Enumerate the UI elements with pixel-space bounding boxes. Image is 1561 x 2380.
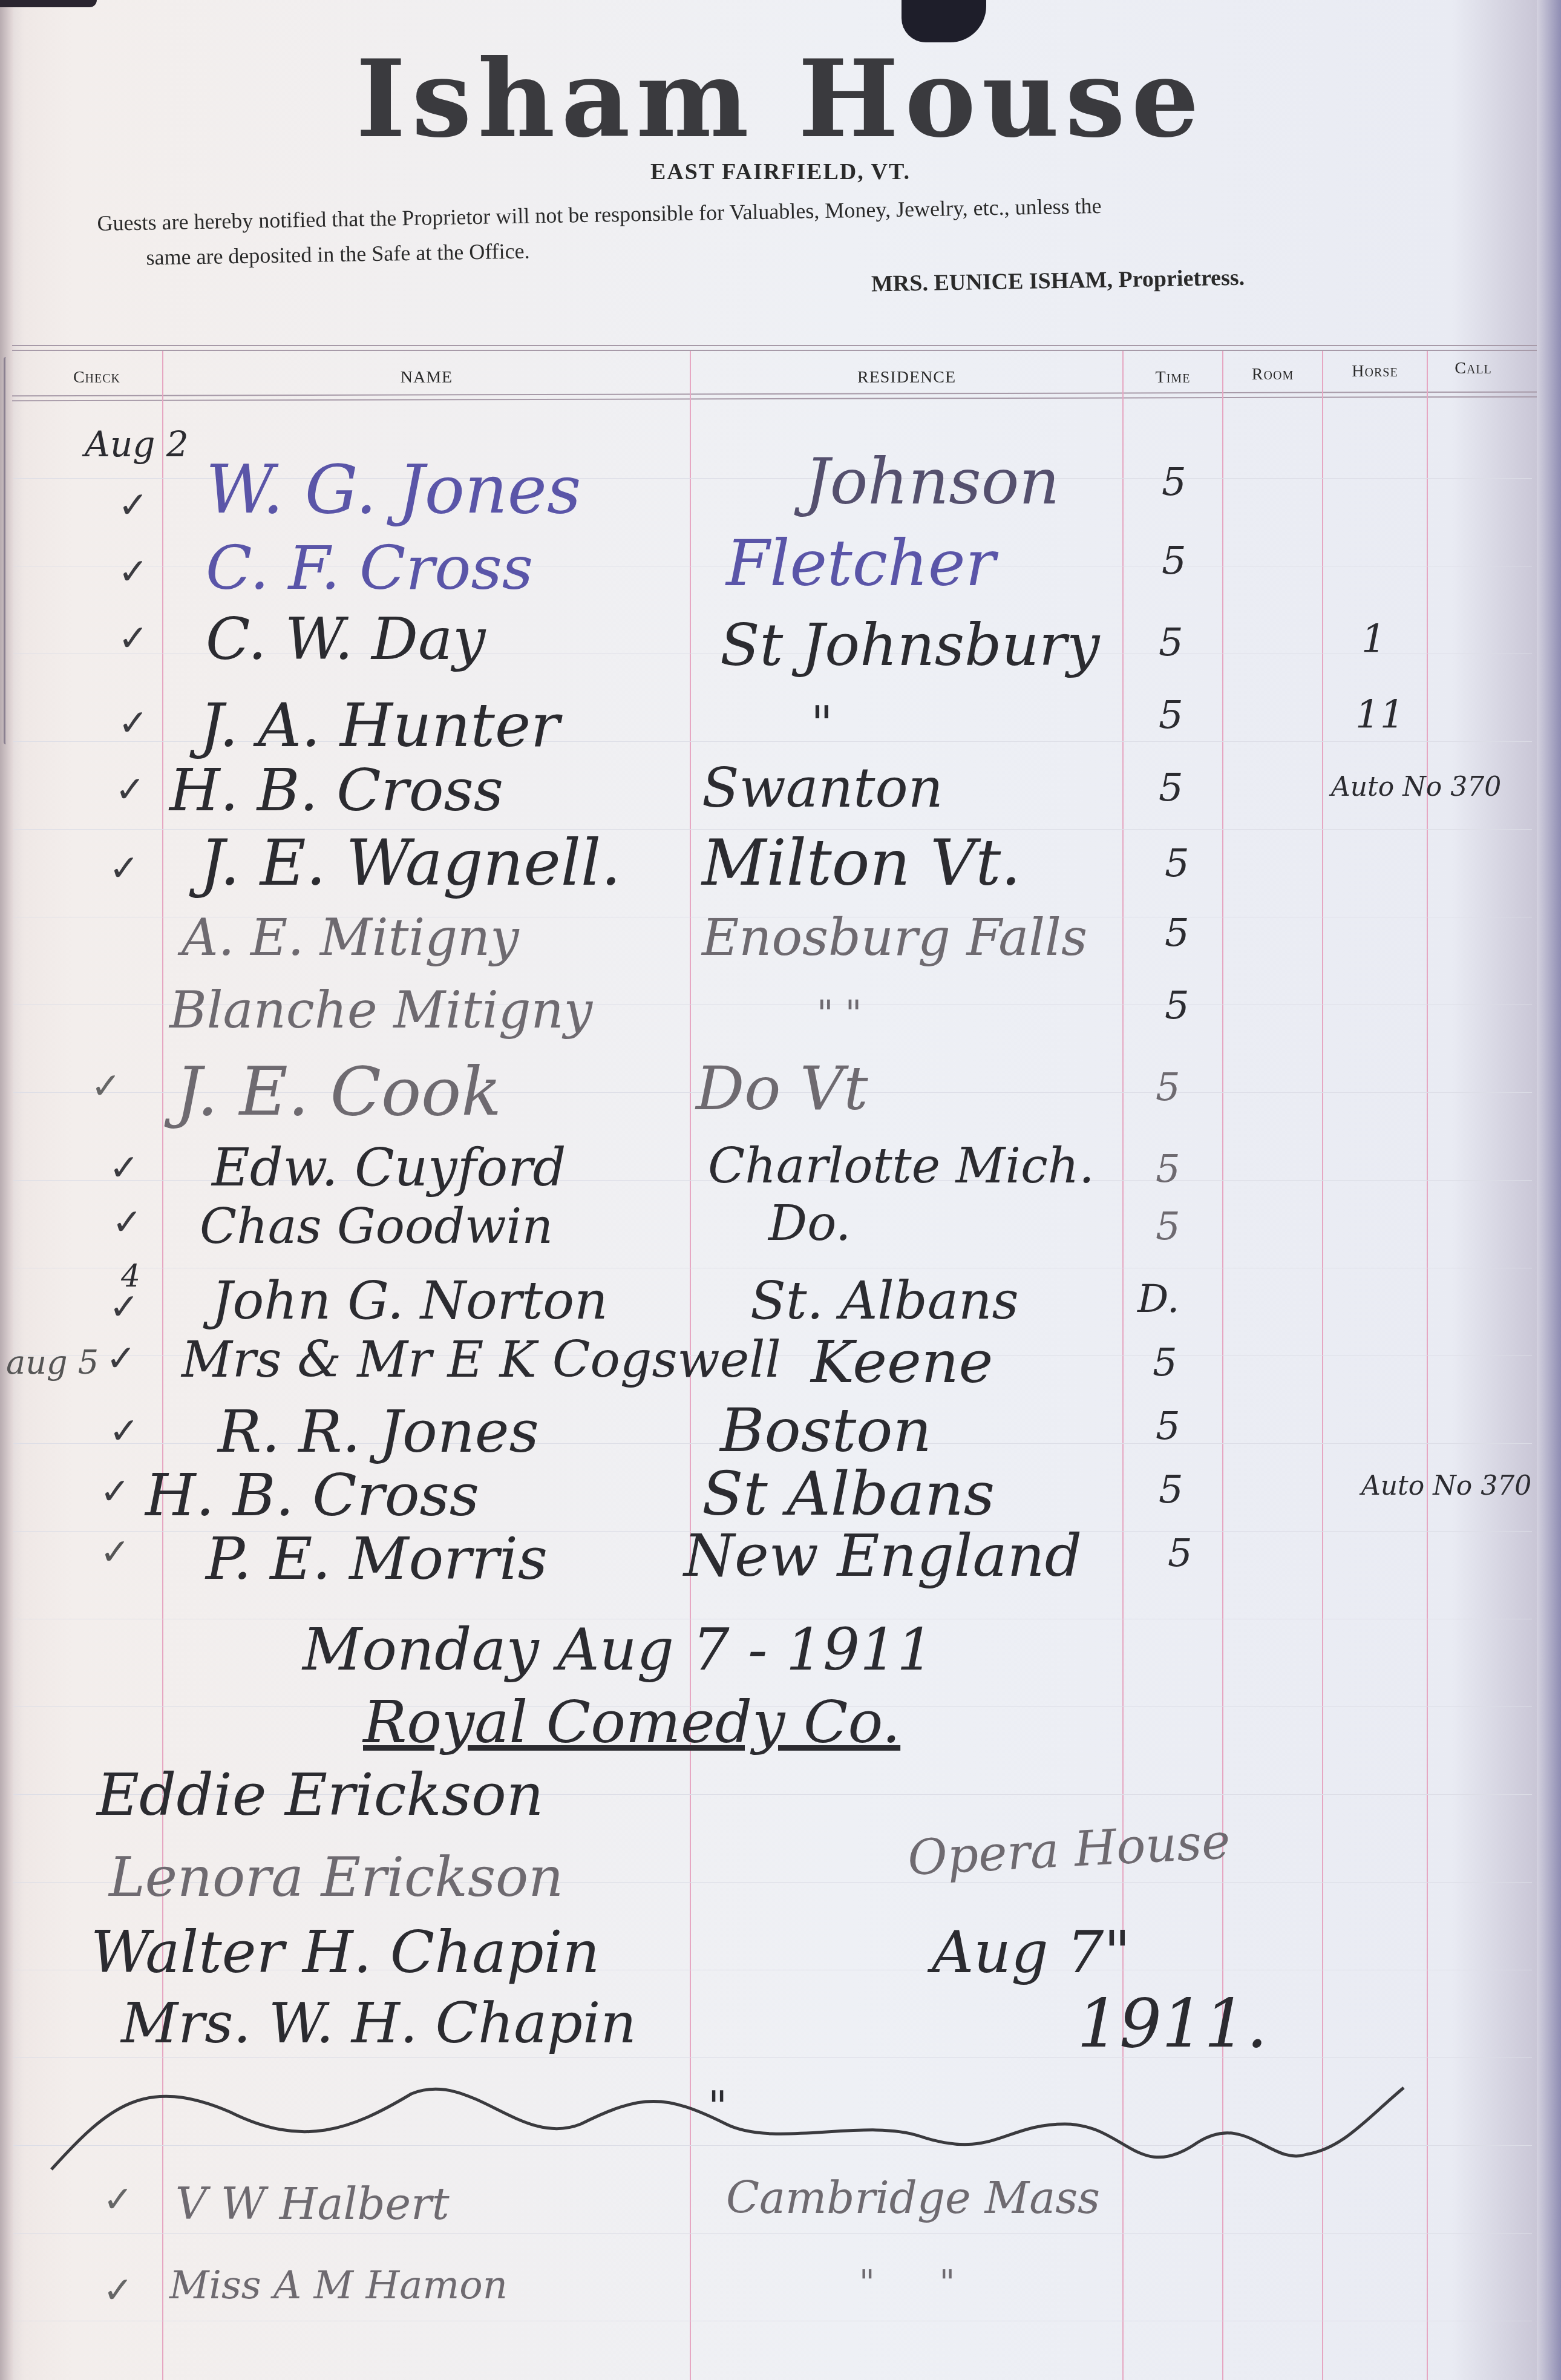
guest-residence: " xyxy=(811,696,833,752)
check-mark: ✓ xyxy=(112,1201,142,1244)
guest-name: H. B. Cross xyxy=(145,1461,479,1529)
location: EAST FAIRFIELD, VT. xyxy=(0,159,1561,185)
guest-time: 5 xyxy=(1153,1340,1177,1385)
ruled-line xyxy=(13,2057,1532,2058)
guest-time: 5 xyxy=(1156,1204,1180,1249)
torn-edge xyxy=(0,0,97,7)
guest-name: Blanche Mitigny xyxy=(169,980,592,1040)
col-header-horse: Horse xyxy=(1323,362,1427,381)
guest-horse: 11 xyxy=(1355,693,1404,738)
col-divider-check xyxy=(162,351,163,2380)
guest-residence: St Albans xyxy=(702,1458,995,1529)
guest-time: 5 xyxy=(1156,1147,1180,1192)
guest-time: 5 xyxy=(1165,983,1190,1028)
guest-time: 5 xyxy=(1156,1404,1180,1449)
check-mark: ✓ xyxy=(100,1531,130,1573)
guest-time: 5 xyxy=(1159,765,1183,810)
guest-residence: Swanton xyxy=(702,756,943,820)
check-mark: ✓ xyxy=(109,1286,139,1328)
troupe-residence-date: Aug 7" xyxy=(932,1918,1130,1986)
troupe-member: Walter H. Chapin xyxy=(91,1918,600,1986)
check-mark: ✓ xyxy=(118,702,148,744)
date-mark-aug2: Aug 2 xyxy=(85,424,189,465)
guest-time: 5 xyxy=(1162,539,1186,583)
guest-time: 5 xyxy=(1159,1467,1183,1512)
guest-time: 5 xyxy=(1159,620,1183,665)
check-mark: ✓ xyxy=(118,617,148,660)
guest-residence: St. Albans xyxy=(750,1271,1019,1331)
col-header-residence: RESIDENCE xyxy=(691,368,1122,387)
guest-name: P. E. Morris xyxy=(206,1525,548,1593)
col-divider-residence xyxy=(1122,351,1124,2380)
guest-residence: Milton Vt. xyxy=(702,826,1021,900)
page-title: Isham House xyxy=(0,36,1561,162)
date-mark-aug5: aug 5 xyxy=(6,1343,99,1382)
guest-time: 5 xyxy=(1159,693,1183,738)
header-top-rule xyxy=(12,345,1537,351)
guest-residence: " " xyxy=(817,992,862,1035)
guest-name: J. E. Wagnell. xyxy=(200,826,621,900)
spine-mark xyxy=(4,357,10,744)
check-mark: ✓ xyxy=(109,847,139,890)
check-mark: ✓ xyxy=(103,2178,133,2221)
guest-name: A. E. Mitigny xyxy=(182,908,519,967)
col-header-call: Call xyxy=(1428,359,1519,378)
troupe-company: Royal Comedy Co. xyxy=(363,1688,900,1756)
guest-residence: St Johnsbury xyxy=(720,611,1099,679)
check-mark: ✓ xyxy=(118,484,148,526)
guest-name: Miss A M Hamon xyxy=(169,2263,508,2308)
col-header-room: Room xyxy=(1223,365,1322,384)
troupe-member: Eddie Erickson xyxy=(97,1761,544,1829)
guest-residence: Do Vt xyxy=(696,1053,868,1124)
separator-ditto: " xyxy=(708,2082,727,2131)
guest-name: John G. Norton xyxy=(212,1271,608,1331)
wavy-separator-line xyxy=(48,2082,1410,2178)
ruled-line xyxy=(13,2233,1532,2234)
guest-horse: Auto No 370 xyxy=(1331,772,1501,802)
troupe-residence-year: 1911. xyxy=(1077,1985,1268,2062)
guest-residence: Boston xyxy=(720,1395,932,1466)
guest-horse: Auto No 370 xyxy=(1361,1470,1531,1501)
guest-name: C. W. Day xyxy=(206,605,485,673)
col-header-time: Time xyxy=(1124,368,1222,387)
troupe-member: Lenora Erickson xyxy=(109,1846,563,1909)
ruled-line xyxy=(13,1268,1532,1268)
guest-time: 5 xyxy=(1165,911,1190,956)
guest-time: 5 xyxy=(1162,460,1186,505)
check-mark: ✓ xyxy=(100,1470,130,1513)
guest-name: V W Halbert xyxy=(175,2178,450,2229)
col-header-name: NAME xyxy=(163,368,690,387)
check-mark: ✓ xyxy=(118,551,148,593)
guest-name: Chas Goodwin xyxy=(200,1198,553,1254)
guest-name: Edw. Cuyford xyxy=(212,1138,566,1198)
guest-residence: Cambridge Mass xyxy=(726,2172,1100,2223)
guest-name: J. A. Hunter xyxy=(200,690,560,761)
guest-time: 5 xyxy=(1168,1531,1193,1576)
guest-residence: Charlotte Mich. xyxy=(708,1138,1095,1194)
check-mark: ✓ xyxy=(91,1065,121,1107)
guest-residence: New England xyxy=(684,1522,1082,1590)
proprietress: MRS. EUNICE ISHAM, Proprietress. xyxy=(871,264,1245,298)
troupe-member: Mrs. W. H. Chapin xyxy=(121,1991,637,2056)
col-divider-room xyxy=(1322,351,1323,2380)
guest-horse: 1 xyxy=(1361,617,1386,662)
guest-name: H. B. Cross xyxy=(169,756,503,824)
check-mark: ✓ xyxy=(109,1147,139,1189)
guest-name: J. E. Cook xyxy=(175,1053,502,1130)
guest-time: 5 xyxy=(1165,841,1190,886)
check-mark: ✓ xyxy=(109,1410,139,1452)
ruled-line xyxy=(13,2321,1532,2321)
troupe-date-line: Monday Aug 7 - 1911 xyxy=(303,1616,934,1683)
guest-residence: Enosburg Falls xyxy=(702,908,1087,967)
col-header-check: Check xyxy=(36,368,157,387)
guest-name: C. F. Cross xyxy=(206,533,533,603)
col-divider-time xyxy=(1222,351,1223,2380)
guest-residence: " " xyxy=(859,2263,955,2303)
guest-name: R. R. Jones xyxy=(218,1398,539,1466)
guest-residence: Fletcher xyxy=(726,526,995,600)
header-bottom-rule xyxy=(12,392,1537,402)
guest-name: Mrs & Mr E K Cogswell xyxy=(182,1331,781,1389)
col-divider-horse xyxy=(1427,351,1428,2380)
page-edge xyxy=(1537,0,1561,2380)
guest-residence: Johnson xyxy=(805,445,1059,519)
guest-name: W. G. Jones xyxy=(206,451,581,528)
check-mark: ✓ xyxy=(106,1337,136,1380)
guest-residence: Do. xyxy=(768,1195,851,1251)
troupe-residence-note: Opera House xyxy=(906,1813,1231,1886)
guest-time: D. xyxy=(1137,1277,1179,1322)
notice-text: Guests are hereby notified that the Prop… xyxy=(97,183,1429,276)
guest-residence: Keene xyxy=(811,1328,993,1396)
guest-time: 5 xyxy=(1156,1065,1180,1110)
check-mark: ✓ xyxy=(103,2269,133,2312)
check-mark: ✓ xyxy=(115,769,145,811)
